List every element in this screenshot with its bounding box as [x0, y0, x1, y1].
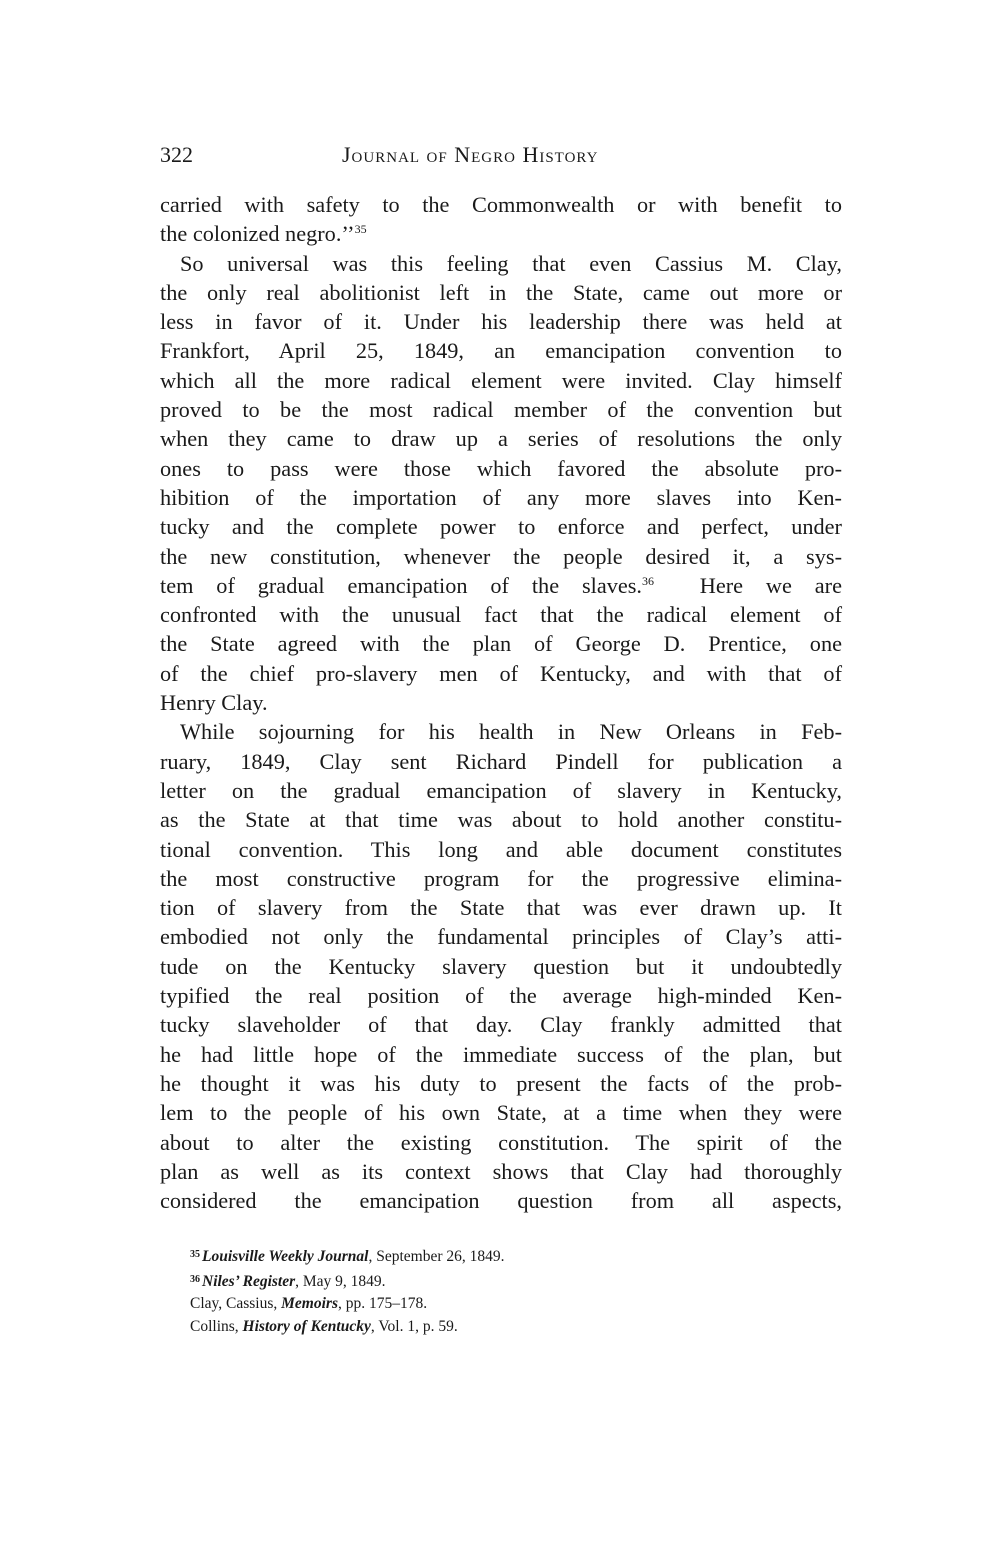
line-text: tem of gradual emancipation of the slave… [160, 573, 642, 598]
line-text-after: Here we are [654, 573, 842, 598]
line-text: carried with safety to the Commonwealth … [160, 192, 842, 217]
line-text: confronted with the unusual fact that th… [160, 602, 842, 627]
text-line: considered the emancipation question fro… [160, 1186, 842, 1215]
text-line: ones to pass were those which favored th… [160, 454, 842, 483]
footnote-author: Collins, [190, 1318, 243, 1335]
footnote: 35Louisville Weekly Journal, September 2… [190, 1244, 505, 1269]
line-text: typified the real position of the averag… [160, 983, 842, 1008]
page-number: 322 [160, 142, 193, 168]
text-line: tion of slavery from the State that was … [160, 893, 842, 922]
footnote-details: , May 9, 1849. [295, 1273, 385, 1290]
footnote-number: 36 [190, 1274, 200, 1285]
journal-title: Journal of Negro History [342, 142, 598, 168]
footnote-ref[interactable]: 36 [642, 574, 654, 588]
text-line: lem to the people of his own State, at a… [160, 1098, 842, 1127]
line-text: tional convention. This long and able do… [160, 837, 842, 862]
text-line: about to alter the existing constitution… [160, 1128, 842, 1157]
text-line: letter on the gradual emancipation of sl… [160, 776, 842, 805]
line-text: lem to the people of his own State, at a… [160, 1100, 842, 1125]
running-head: 322 Journal of Negro History [160, 142, 840, 172]
text-line: embodied not only the fundamental princi… [160, 922, 842, 951]
line-text: ruary, 1849, Clay sent Richard Pindell f… [160, 749, 842, 774]
footnote-source-title: Niles’ Register [202, 1273, 295, 1290]
footnote-source-title: History of Kentucky [243, 1318, 371, 1335]
text-line: carried with safety to the Commonwealth … [160, 190, 842, 219]
line-text: proved to be the most radical member of … [160, 397, 842, 422]
line-text: tude on the Kentucky slavery question bu… [160, 954, 842, 979]
text-line: So universal was this feeling that even … [160, 249, 842, 278]
line-text: which all the more radical element were … [160, 368, 842, 393]
text-line: tucky and the complete power to enforce … [160, 512, 842, 541]
line-text: as the State at that time was about to h… [160, 807, 842, 832]
line-text: the colonized negro.’’ [160, 221, 355, 246]
line-text: of the chief pro-slavery men of Kentucky… [160, 661, 842, 686]
text-line: Frankfort, April 25, 1849, an emancipati… [160, 336, 842, 365]
text-line: the most constructive program for the pr… [160, 864, 842, 893]
footnote: 36Niles’ Register, May 9, 1849. [190, 1269, 505, 1294]
text-line: typified the real position of the averag… [160, 981, 842, 1010]
line-text: he had little hope of the immediate succ… [160, 1042, 842, 1067]
body-text: carried with safety to the Commonwealth … [160, 190, 842, 1215]
text-line: as the State at that time was about to h… [160, 805, 842, 834]
line-text: when they came to draw up a series of re… [160, 426, 842, 451]
text-line: when they came to draw up a series of re… [160, 424, 842, 453]
line-text: the State agreed with the plan of George… [160, 631, 842, 656]
footnote-details: , Vol. 1, p. 59. [371, 1318, 458, 1335]
footnote-source-title: Memoirs [281, 1295, 338, 1312]
line-text: he thought it was his duty to present th… [160, 1071, 842, 1096]
footnote-ref[interactable]: 35 [355, 222, 367, 236]
text-line: the new constitution, whenever the peopl… [160, 542, 842, 571]
footnotes: 35Louisville Weekly Journal, September 2… [190, 1244, 505, 1338]
line-text: the most constructive program for the pr… [160, 866, 842, 891]
line-text: about to alter the existing constitution… [160, 1130, 842, 1155]
text-line: ruary, 1849, Clay sent Richard Pindell f… [160, 747, 842, 776]
text-line: which all the more radical element were … [160, 366, 842, 395]
journal-page: 322 Journal of Negro History carried wit… [0, 0, 1000, 1553]
text-line: plan as well as its context shows that C… [160, 1157, 842, 1186]
line-text: letter on the gradual emancipation of sl… [160, 778, 842, 803]
text-line: of the chief pro-slavery men of Kentucky… [160, 659, 842, 688]
text-line: confronted with the unusual fact that th… [160, 600, 842, 629]
line-text: Henry Clay. [160, 690, 268, 715]
text-line: the colonized negro.’’35 [160, 219, 842, 248]
footnote-source-title: Louisville Weekly Journal [202, 1248, 368, 1265]
text-line: tional convention. This long and able do… [160, 835, 842, 864]
line-text: hibition of the importation of any more … [160, 485, 842, 510]
line-text: ones to pass were those which favored th… [160, 456, 842, 481]
text-line: proved to be the most radical member of … [160, 395, 842, 424]
text-line: tude on the Kentucky slavery question bu… [160, 952, 842, 981]
line-text: less in favor of it. Under his leadershi… [160, 309, 842, 334]
line-text: plan as well as its context shows that C… [160, 1159, 842, 1184]
footnote-number: 35 [190, 1249, 200, 1260]
footnote-details: , pp. 175–178. [338, 1295, 427, 1312]
line-text: tucky slaveholder of that day. Clay fran… [160, 1012, 842, 1037]
text-line: While sojourning for his health in New O… [160, 717, 842, 746]
text-line: the State agreed with the plan of George… [160, 629, 842, 658]
line-text: the new constitution, whenever the peopl… [160, 544, 842, 569]
line-text: tucky and the complete power to enforce … [160, 514, 842, 539]
footnote: Clay, Cassius, Memoirs, pp. 175–178. [190, 1293, 505, 1316]
line-text: embodied not only the fundamental princi… [160, 924, 842, 949]
footnote: Collins, History of Kentucky, Vol. 1, p.… [190, 1316, 505, 1339]
line-text: considered the emancipation question fro… [160, 1188, 842, 1213]
footnote-author: Clay, Cassius, [190, 1295, 281, 1312]
text-line: he thought it was his duty to present th… [160, 1069, 842, 1098]
text-line: the only real abolitionist left in the S… [160, 278, 842, 307]
text-line: Henry Clay. [160, 688, 842, 717]
line-text: So universal was this feeling that even … [180, 251, 842, 276]
line-text: Frankfort, April 25, 1849, an emancipati… [160, 338, 842, 363]
line-text: tion of slavery from the State that was … [160, 895, 842, 920]
text-line: hibition of the importation of any more … [160, 483, 842, 512]
footnote-details: , September 26, 1849. [368, 1248, 504, 1265]
text-line: tem of gradual emancipation of the slave… [160, 571, 842, 600]
text-line: he had little hope of the immediate succ… [160, 1040, 842, 1069]
line-text: the only real abolitionist left in the S… [160, 280, 842, 305]
text-line: less in favor of it. Under his leadershi… [160, 307, 842, 336]
text-line: tucky slaveholder of that day. Clay fran… [160, 1010, 842, 1039]
line-text: While sojourning for his health in New O… [180, 719, 842, 744]
